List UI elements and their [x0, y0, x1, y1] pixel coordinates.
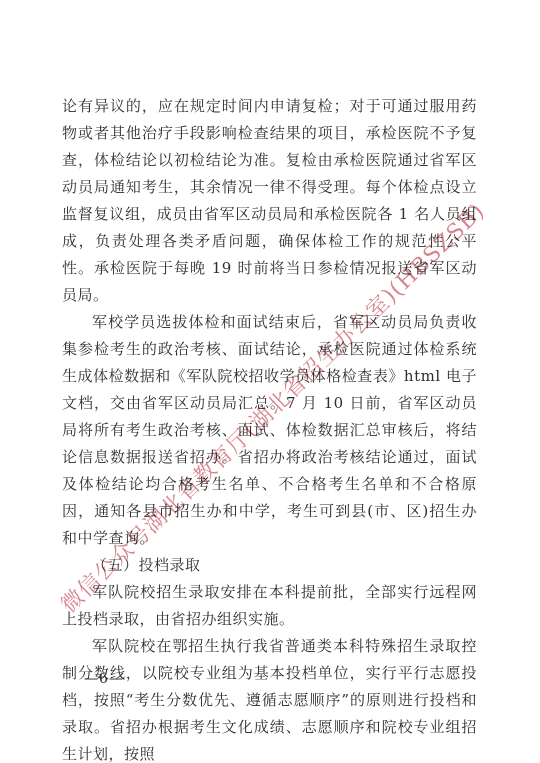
- body-paragraph: 军队院校在鄂招生执行我省普通类本科特殊招生录取控制分数线，以院校专业组为基本投档…: [62, 633, 477, 763]
- body-paragraph: 论有异议的，应在规定时间内申请复检；对于可通过服用药物或者其他治疗手段影响检查结…: [62, 93, 477, 309]
- section-heading: （五）投档录取: [62, 552, 477, 579]
- body-paragraph: 军队院校招生录取安排在本科提前批，全部实行远程网上投档录取，由省招办组织实施。: [62, 579, 477, 633]
- body-paragraph: 军校学员选拔体检和面试结束后，省军区动员局负责收集参检考生的政治考核、面试结论，…: [62, 309, 477, 552]
- page-number: —6—: [84, 671, 124, 687]
- document-body: 论有异议的，应在规定时间内申请复检；对于可通过服用药物或者其他治疗手段影响检查结…: [62, 93, 477, 763]
- document-page: 论有异议的，应在规定时间内申请复检；对于可通过服用药物或者其他治疗手段影响检查结…: [0, 0, 540, 763]
